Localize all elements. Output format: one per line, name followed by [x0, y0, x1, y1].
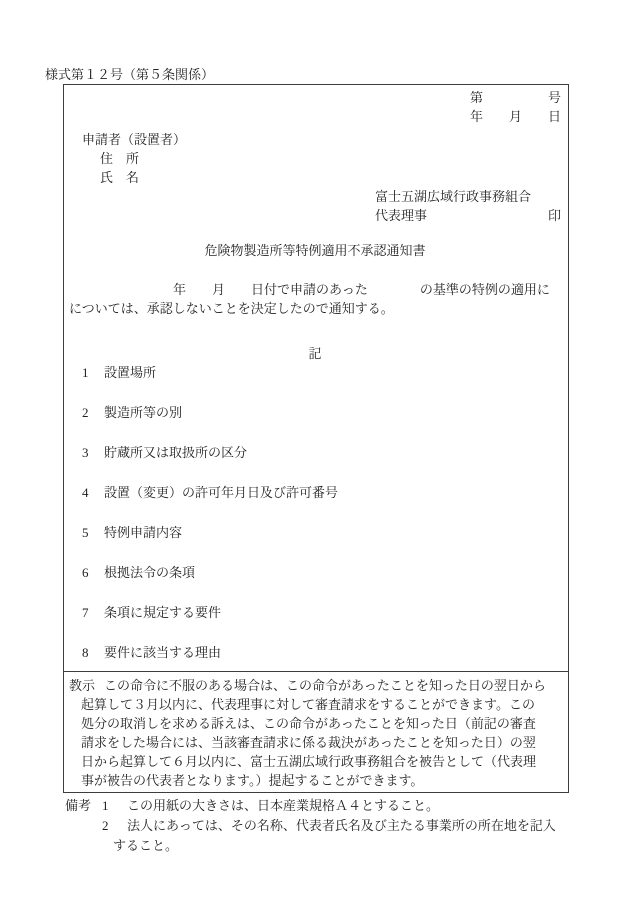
kyoji-instruction-section: 教示この命令に不服のある場合は、この命令があったことを知った日の翌日から 起算し… [64, 671, 568, 792]
body-line-2: については、承認しないことを決定したので通知する。 [69, 299, 561, 318]
item-label: 設置場所 [104, 365, 156, 380]
bikou-item-text: 法人にあっては、その名称、代表者氏名及び主たる事業所の所在地を記入 [127, 818, 556, 833]
kyoji-line-3: 処分の取消しを求める訴えは、この命令があったことを知った日（前記の審査 [69, 714, 561, 733]
list-item-5: 5特例申請内容 [69, 523, 561, 542]
notice-form-box: 第 号 年 月 日 申請者（設置者） 住 所 氏 名 富士五湖広域行政事務組合 … [63, 84, 569, 793]
body-paragraph: 年 月 日付で申請のあった の基準の特例の適用に については、承認しないことを決… [69, 280, 561, 318]
list-item-2: 2製造所等の別 [69, 403, 561, 422]
item-label: 要件に該当する理由 [104, 645, 221, 660]
item-number: 7 [82, 603, 104, 622]
bikou-label: 備考 [65, 796, 102, 816]
item-label: 製造所等の別 [104, 405, 182, 420]
item-label: 条項に規定する要件 [104, 605, 221, 620]
document-page: 様式第１２号（第５条関係） 第 号 年 月 日 申請者（設置者） 住 所 氏 名… [0, 0, 630, 903]
list-item-6: 6根拠法令の条項 [69, 563, 561, 582]
seal-mark: 印 [548, 206, 561, 225]
item-number: 6 [82, 563, 104, 582]
list-item-8: 8要件に該当する理由 [69, 643, 561, 662]
item-label: 設置（変更）の許可年月日及び許可番号 [104, 485, 338, 500]
kyoji-line-1: 教示この命令に不服のある場合は、この命令があったことを知った日の翌日から [69, 676, 561, 695]
date-line: 年 月 日 [69, 107, 561, 126]
applicant-label: 申請者（設置者） [69, 130, 561, 149]
bikou-item-1: 備考1この用紙の大きさは、日本産業規格Ａ４とすること。 [65, 796, 630, 816]
bikou-item-number: 2 [102, 816, 127, 836]
ki-heading: 記 [69, 344, 561, 363]
list-item-1: 1設置場所 [69, 363, 561, 382]
address-label: 住 所 [69, 149, 561, 168]
item-label: 貯蔵所又は取扱所の区分 [104, 445, 247, 460]
kyoji-line-2: 起算して３月以内に、代表理事に対して審査請求をすることができます。この [69, 695, 561, 714]
form-number-label: 様式第１２号（第５条関係） [45, 65, 630, 84]
item-label: 特例申請内容 [104, 525, 182, 540]
item-number: 3 [82, 443, 104, 462]
bikou-item-text: この用紙の大きさは、日本産業規格Ａ４とすること。 [127, 798, 439, 813]
document-number-line: 第 号 [69, 88, 561, 107]
bikou-item-2-continuation: すること。 [65, 836, 630, 856]
representative-title: 代表理事 [375, 206, 427, 225]
item-number: 8 [82, 643, 104, 662]
kyoji-line-6: 事が被告の代表者となります。）提起することができます。 [69, 771, 561, 790]
kyoji-line-4: 請求をした場合には、当該審査請求に係る裁決があったことを知った日）の翌 [69, 733, 561, 752]
bikou-item-number: 1 [102, 796, 127, 816]
item-number: 2 [82, 403, 104, 422]
list-item-4: 4設置（変更）の許可年月日及び許可番号 [69, 483, 561, 502]
kyoji-label: 教示 [69, 678, 95, 693]
item-number: 1 [82, 363, 104, 382]
bikou-remarks-section: 備考1この用紙の大きさは、日本産業規格Ａ４とすること。 2法人にあっては、その名… [65, 796, 630, 856]
kyoji-text: この命令に不服のある場合は、この命令があったことを知った日の翌日から [104, 678, 546, 693]
representative-line: 代表理事 印 [69, 206, 561, 225]
list-item-3: 3貯蔵所又は取扱所の区分 [69, 443, 561, 462]
body-line-1: 年 月 日付で申請のあった の基準の特例の適用に [69, 280, 561, 299]
item-number: 5 [82, 523, 104, 542]
item-number: 4 [82, 483, 104, 502]
kyoji-line-5: 日から起算して６月以内に、富士五湖広域行政事務組合を被告として（代表理 [69, 752, 561, 771]
organization-name: 富士五湖広域行政事務組合 [69, 187, 561, 206]
list-item-7: 7条項に規定する要件 [69, 603, 561, 622]
name-label: 氏 名 [69, 168, 561, 187]
bikou-item-2: 2法人にあっては、その名称、代表者氏名及び主たる事業所の所在地を記入 [65, 816, 630, 836]
document-title: 危険物製造所等特例適用不承認通知書 [69, 241, 561, 260]
item-label: 根拠法令の条項 [104, 565, 195, 580]
